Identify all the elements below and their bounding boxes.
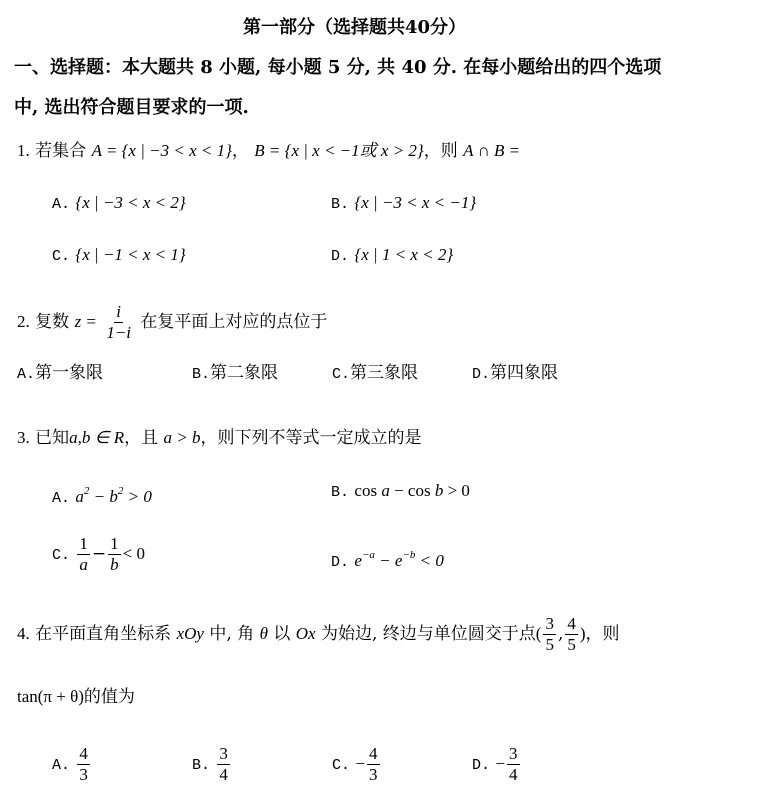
- stem-text: 在平面直角坐标系: [35, 624, 171, 644]
- set-a-math: A = {x | −3 < x < 1}: [92, 141, 232, 160]
- question-number: 3.: [17, 428, 30, 447]
- question-number: 2.: [17, 312, 30, 331]
- option-label: C.: [52, 547, 70, 564]
- numerator: 4: [367, 744, 380, 765]
- question-4-stem-line-2: tan(π + θ)的值为: [17, 686, 135, 708]
- option-label: B.: [331, 484, 349, 501]
- option-label: C.: [332, 757, 350, 774]
- option-value: {x | −3 < x < −1}: [354, 193, 476, 212]
- numerator: 3: [543, 614, 556, 635]
- instructions-line-1: 一、选择题：本大题共 8 小题, 每小题 5 分, 共 40 分. 在每小题给出…: [14, 57, 661, 79]
- question-1-stem: 1. 若集合 A = {x | −3 < x < 1}， B = {x | x …: [17, 140, 520, 162]
- denominator: 3: [77, 765, 90, 785]
- fraction-i-over-1-minus-i: i1−i: [104, 302, 133, 343]
- q3-option-c[interactable]: C. 1a−1b< 0: [52, 532, 145, 578]
- fraction-1-over-a: 1a: [77, 534, 90, 575]
- q4-option-b[interactable]: B. 34: [192, 742, 232, 788]
- option-label: A.: [17, 366, 35, 383]
- numerator: 3: [217, 744, 230, 765]
- q4-option-d[interactable]: D. −34: [472, 742, 522, 788]
- stem-text: 复数: [35, 312, 69, 332]
- option-label: A.: [52, 757, 70, 774]
- stem-text: 为始边, 终边与单位圆交于点: [321, 624, 536, 644]
- option-label: C.: [332, 366, 350, 383]
- instructions-line-2: 中, 选出符合题目要求的一项.: [14, 97, 249, 119]
- q2-option-b[interactable]: B.第二象限: [192, 362, 278, 386]
- option-value: 第三象限: [350, 363, 418, 383]
- q1-option-d[interactable]: D. {x | 1 < x < 2}: [331, 244, 453, 268]
- tan-expression: tan(π + θ): [17, 687, 84, 706]
- option-value: {x | 1 < x < 2}: [354, 245, 453, 264]
- option-label: D.: [331, 554, 349, 571]
- intersection-math: A ∩ B =: [463, 141, 520, 160]
- numerator: 4: [77, 744, 90, 765]
- stem-tail: ，则: [424, 141, 458, 161]
- point-y-fraction: 45: [565, 614, 578, 655]
- option-value: 第四象限: [490, 363, 558, 383]
- question-number: 4.: [17, 624, 30, 643]
- numerator: 3: [507, 744, 520, 765]
- separator: ，: [232, 141, 249, 161]
- denominator: 5: [565, 635, 578, 655]
- stem-text: ，且: [124, 428, 158, 448]
- stem-math: xOy: [177, 624, 204, 643]
- option-label: D.: [331, 248, 349, 265]
- option-label: B.: [331, 196, 349, 213]
- question-number: 1.: [17, 141, 30, 160]
- option-label: D.: [472, 366, 490, 383]
- sign: −: [495, 754, 505, 773]
- option-fraction: 43: [77, 744, 90, 785]
- stem-math: a,b ∈ R: [69, 428, 124, 447]
- stem-math: a > b: [164, 428, 201, 447]
- sign: −: [355, 754, 365, 773]
- question-2-stem: 2. 复数 z = i1−i 在复平面上对应的点位于: [17, 300, 327, 344]
- stem-math: Ox: [296, 624, 316, 643]
- denominator: 1−i: [104, 323, 133, 343]
- option-label: D.: [472, 757, 490, 774]
- point-x-fraction: 35: [543, 614, 556, 655]
- numerator: i: [114, 302, 123, 323]
- question-3-stem: 3. 已知a,b ∈ R，且 a > b，则下列不等式一定成立的是: [17, 427, 422, 449]
- q1-option-c[interactable]: C. {x | −1 < x < 1}: [52, 244, 186, 268]
- denominator: 5: [543, 635, 556, 655]
- option-value: 第一象限: [35, 363, 103, 383]
- denominator: 4: [217, 765, 230, 785]
- q3-option-a[interactable]: A. a2 − b2 > 0: [52, 480, 152, 510]
- theta-symbol: θ: [260, 624, 268, 643]
- option-label: B.: [192, 757, 210, 774]
- q3-option-b[interactable]: B. cos a − cos b > 0: [331, 480, 470, 504]
- stem-text: 以: [273, 624, 290, 644]
- denominator: 4: [507, 765, 520, 785]
- set-b-math: B = {x | x < −1或 x > 2}: [254, 141, 423, 160]
- stem-text: 若集合: [35, 141, 86, 161]
- q4-option-a[interactable]: A. 43: [52, 742, 92, 788]
- option-value: {x | −1 < x < 1}: [75, 245, 185, 264]
- q2-option-a[interactable]: A.第一象限: [17, 362, 103, 386]
- option-fraction: 34: [217, 744, 230, 785]
- option-value: {x | −3 < x < 2}: [75, 193, 185, 212]
- q1-option-b[interactable]: B. {x | −3 < x < −1}: [331, 192, 476, 216]
- q2-option-c[interactable]: C.第三象限: [332, 362, 418, 386]
- option-label: B.: [192, 366, 210, 383]
- denominator: 3: [367, 765, 380, 785]
- q2-option-d[interactable]: D.第四象限: [472, 362, 558, 386]
- z-lhs: z =: [75, 312, 97, 331]
- option-label: C.: [52, 248, 70, 265]
- option-label: A.: [52, 490, 70, 507]
- option-fraction: 43: [367, 744, 380, 785]
- q1-option-a[interactable]: A. {x | −3 < x < 2}: [52, 192, 186, 216]
- stem-text: ，则下列不等式一定成立的是: [201, 428, 422, 448]
- option-fraction: 34: [507, 744, 520, 785]
- stem-text: 中, 角: [209, 624, 254, 644]
- stem-text: ，则: [586, 624, 620, 644]
- q3-option-d[interactable]: D. e−a − e−b < 0: [331, 544, 444, 574]
- fraction-1-over-b: 1b: [108, 534, 121, 575]
- option-value: 第二象限: [210, 363, 278, 383]
- option-label: A.: [52, 196, 70, 213]
- stem-text: 已知: [35, 428, 69, 448]
- q4-option-c[interactable]: C. −43: [332, 742, 382, 788]
- stem-text: 的值为: [84, 687, 135, 707]
- stem-tail: 在复平面上对应的点位于: [140, 312, 327, 332]
- section-title: 第一部分（选择题共40分）: [243, 17, 466, 39]
- numerator: 4: [565, 614, 578, 635]
- question-4-stem: 4. 在平面直角坐标系 xOy 中, 角 θ 以 Ox 为始边, 终边与单位圆交…: [17, 612, 620, 656]
